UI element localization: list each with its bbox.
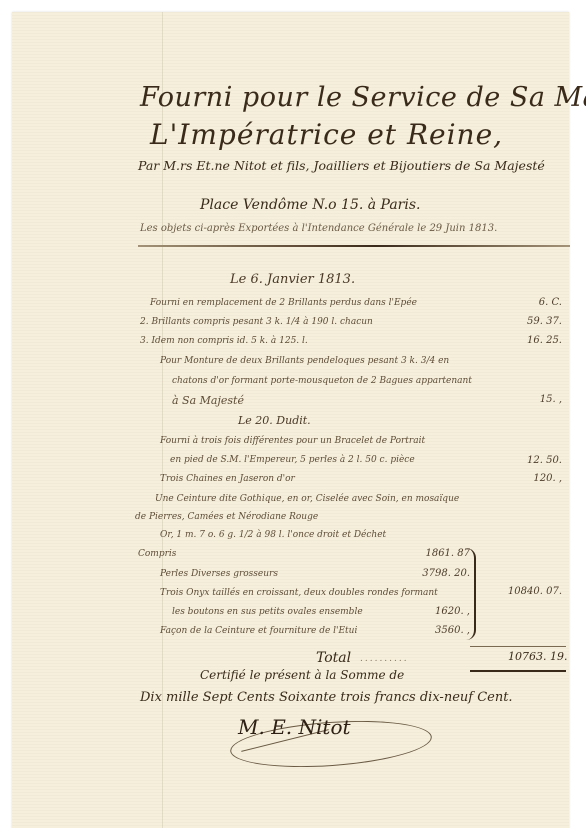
section-date: Le 20. Dudit. [238,414,311,427]
entry-amount: 16. 25. [518,335,562,346]
section-date: Le 6. Janvier 1813. [230,272,355,287]
header-line-1: Fourni pour le Service de Sa Majesté [140,82,586,113]
breakdown-amount: 3560. , [410,625,470,636]
breakdown-bracket [466,548,476,640]
total-bottom-rule [470,670,566,672]
entry-text: à Sa Majesté [172,394,244,407]
total-leader-dots: .......... [360,654,409,664]
header-line-2: L'Impératrice et Reine, [150,118,503,151]
entry-amount: 120. , [518,473,562,484]
header-divider [138,245,570,247]
entry-text: 2. Brillants compris pesant 3 k. 1/4 à 1… [140,317,373,327]
total-amount: 10763. 19. [508,650,567,663]
total-top-rule [470,646,566,647]
entry-text: en pied de S.M. l'Empereur, 5 perles à 2… [170,455,415,465]
header-note: Les objets ci-après Exportées à l'Intend… [140,223,497,234]
entry-amount: 59. 37. [518,316,562,327]
entry-text: Fourni à trois fois différentes pour un … [160,436,425,446]
breakdown-text: les boutons en sus petits ovales ensembl… [172,607,363,617]
entry-text: chatons d'or formant porte-mousqueton de… [172,376,472,386]
breakdown-amount: 1620. , [410,606,470,617]
breakdown-amount: 3798. 20. [410,568,470,579]
breakdown-text: Trois Onyx taillés en croissant, deux do… [160,588,438,598]
entry-text: 3. Idem non compris id. 5 k. à 125. l. [140,336,308,346]
entry-amount: 6. C. [518,297,562,308]
breakdown-amount: 1861. 87 [410,548,470,559]
header-address: Place Vendôme N.o 15. à Paris. [200,197,421,213]
entry-amount: 15. , [518,394,562,405]
entry-text: Une Ceinture dite Gothique, en or, Cisel… [155,494,459,504]
entry-amount: 12. 50. [518,455,562,466]
entry-text: Fourni en remplacement de 2 Brillants pe… [150,298,417,308]
certification-line-1: Certifié le présent à la Somme de [200,668,404,682]
breakdown-text: Compris [138,549,176,559]
entry-text: Pour Monture de deux Brillants pendeloqu… [160,356,449,366]
header-line-3: Par M.rs Et.ne Nitot et fils, Joailliers… [138,158,545,173]
total-label: Total [316,650,351,666]
certification-line-2: Dix mille Sept Cents Soixante trois fran… [140,690,513,705]
entry-text: Trois Chaines en Jaseron d'or [160,474,295,484]
signature: M. E. Nitot [238,715,351,739]
breakdown-text: Perles Diverses grosseurs [160,569,278,579]
entry-text: de Pierres, Camées et Nérodiane Rouge [135,512,318,522]
breakdown-text: Façon de la Ceinture et fourniture de l'… [160,626,357,636]
entry-text: Or, 1 m. 7 o. 6 g. 1/2 à 98 l. l'once dr… [160,530,386,540]
breakdown-subtotal: 10840. 07. [500,586,562,597]
